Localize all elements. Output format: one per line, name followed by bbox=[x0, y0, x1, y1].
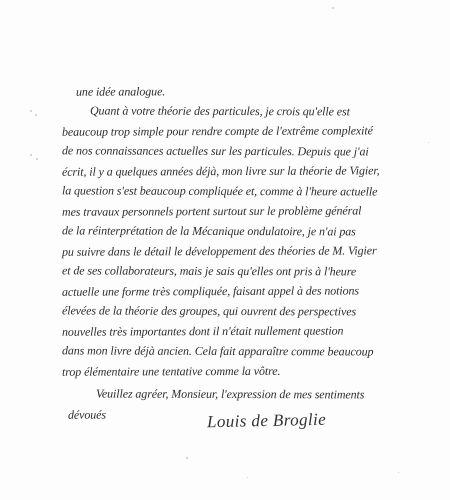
scan-speck bbox=[36, 158, 38, 160]
letter-line: pu suivre dans le détail le développemen… bbox=[62, 240, 407, 262]
scan-speck bbox=[35, 114, 37, 116]
letter-line: élevées de la théorie des groupes, qui o… bbox=[62, 300, 407, 321]
letter-line: et de ses collaborateurs, mais je sais q… bbox=[62, 260, 407, 281]
letter-valediction: Veuillez agréer, Monsieur, l'expression … bbox=[62, 383, 407, 404]
letter-line: de la réinterprétation de la Mécanique o… bbox=[62, 220, 407, 241]
scan-speck bbox=[88, 252, 89, 253]
letter-line: trop élémentaire une tentative comme la … bbox=[62, 360, 407, 382]
signature: Louis de Broglie bbox=[207, 410, 327, 432]
letter-line: la question s'est beaucoup compliquée et… bbox=[62, 180, 407, 201]
letter-page: une idée analogue. Quant à votre théorie… bbox=[0, 0, 450, 500]
scan-speck bbox=[186, 457, 188, 459]
letter-line: mes travaux personnels portent surtout s… bbox=[62, 200, 407, 222]
letter-line: dans mon livre déjà ancien. Cela fait ap… bbox=[62, 340, 407, 361]
letter-line: Quant à votre théorie des particules, je… bbox=[62, 100, 407, 121]
letter-line: actuelle une forme très compliquée, fais… bbox=[62, 280, 407, 302]
scan-speck bbox=[30, 154, 32, 156]
letter-line: beaucoup trop simple pour rendre compte … bbox=[62, 120, 407, 142]
scan-speck bbox=[332, 7, 334, 9]
scan-speck bbox=[428, 142, 429, 143]
letter-body: une idée analogue. Quant à votre théorie… bbox=[62, 81, 407, 424]
scan-speck bbox=[30, 110, 32, 112]
letter-line: nouvelles très importantes dont il n'éta… bbox=[62, 320, 407, 342]
letter-line: de nos connaissances actuelles sur les p… bbox=[62, 140, 407, 161]
letter-line: écrit, il y a quelques années déjà, mon … bbox=[62, 160, 407, 182]
scan-speck bbox=[247, 477, 248, 478]
letter-line: une idée analogue. bbox=[62, 80, 407, 102]
scan-speck bbox=[398, 472, 399, 473]
